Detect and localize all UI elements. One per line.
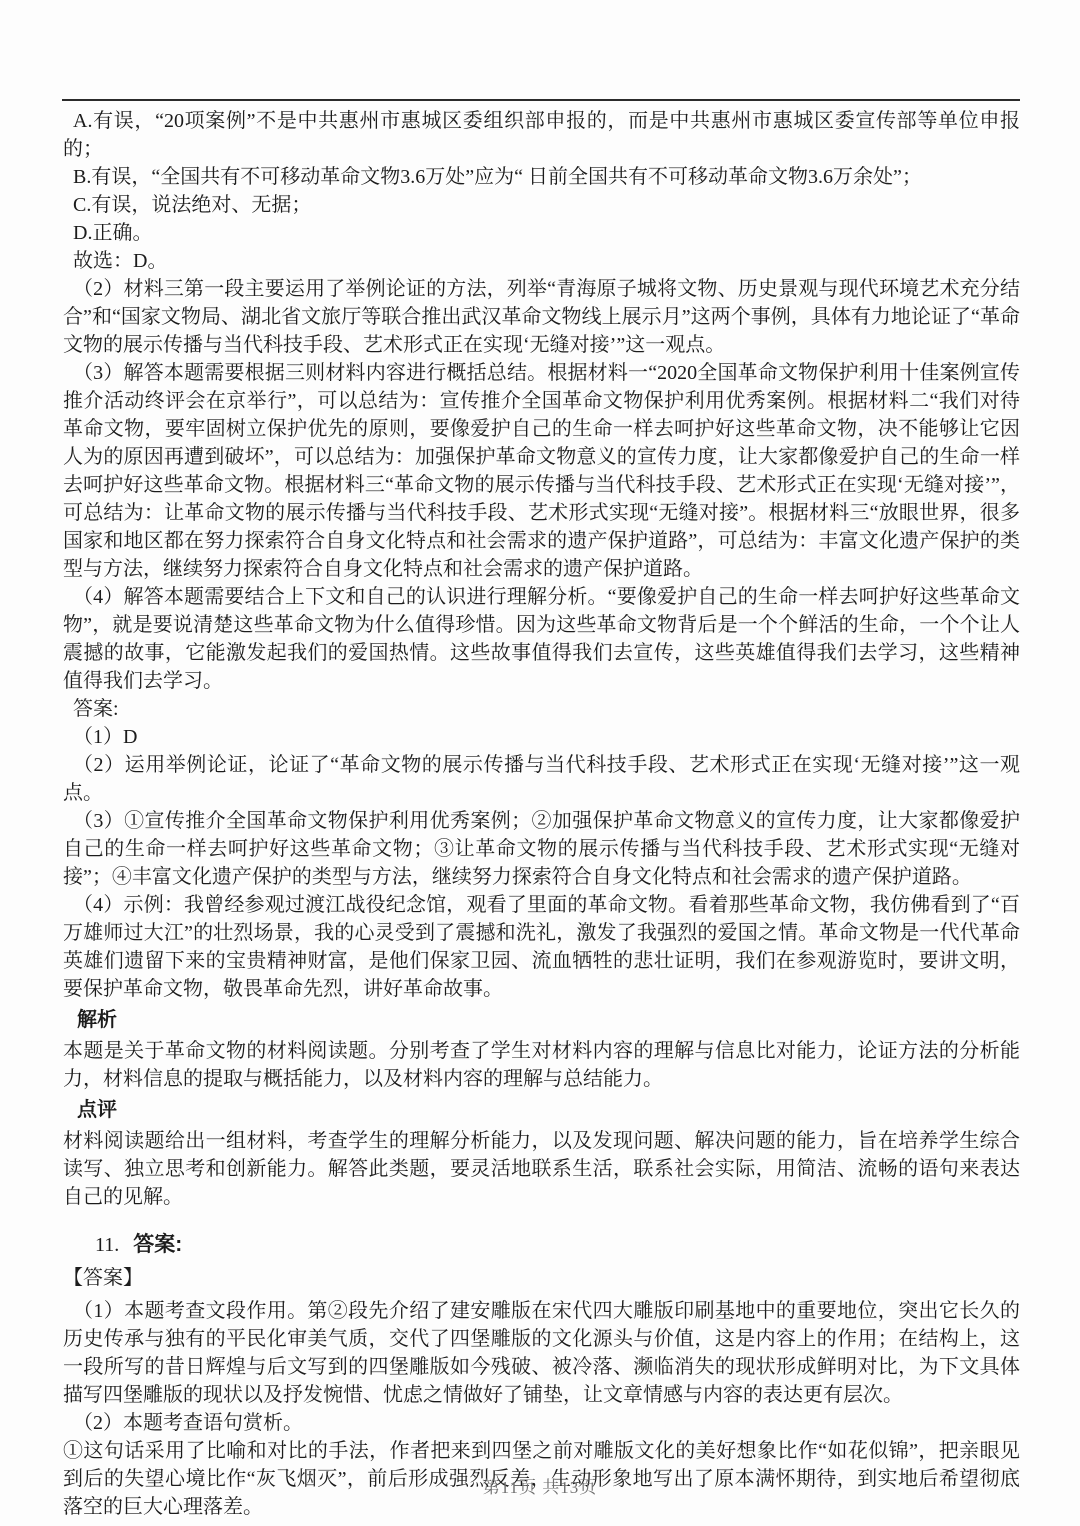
answer-item-3: （3）①宣传推介全国革命文物保护利用优秀案例；②加强保护革命文物意义的宣传力度，… [63, 807, 1020, 891]
answer-item-1: （1）D [63, 723, 1020, 751]
comment-section-heading: 点评 [63, 1095, 1020, 1125]
page-number-text: 第11页 共13页 [483, 1478, 598, 1497]
document-body: A.有误，“20项案例”不是中共惠州市惠城区委组织部申报的，而是中共惠州市惠城区… [63, 107, 1020, 1521]
page-footer: 第11页 共13页 [0, 1473, 1080, 1498]
analysis-q4-paragraph: （4）解答本题需要结合上下文和自己的认识进行理解分析。“要像爱护自己的生命一样去… [63, 583, 1020, 695]
answer-item-2: （2）运用举例论证，论证了“革命文物的展示传播与当代科技手段、艺术形式正在实现‘… [63, 751, 1020, 807]
document-page: A.有误，“20项案例”不是中共惠州市惠城区委组织部申报的，而是中共惠州市惠城区… [0, 0, 1080, 1526]
option-analysis-c: C.有误，说法绝对、无据； [63, 191, 1020, 219]
answer-item-4: （4）示例：我曾经参观过渡江战役纪念馆，观看了里面的革命文物。看着那些革命文物，… [63, 891, 1020, 1003]
question-11-label: 答案: [133, 1233, 182, 1256]
q11-answer-1: （1）本题考查文段作用。第②段先介绍了建安雕版在宋代四大雕版印刷基地中的重要地位… [63, 1297, 1020, 1409]
comment-section-text: 材料阅读题给出一组材料，考查学生的理解分析能力，以及发现问题、解决问题的能力，旨… [63, 1127, 1020, 1211]
question-11-heading: 11.答案: [63, 1229, 1020, 1261]
q11-answer-2-heading: （2）本题考查语句赏析。 [63, 1409, 1020, 1437]
analysis-section-text: 本题是关于革命文物的材料阅读题。分别考查了学生对材料内容的理解与信息比对能力，论… [63, 1037, 1020, 1093]
analysis-q2-paragraph: （2）材料三第一段主要运用了举例论证的方法，列举“青海原子城将文物、历史景观与现… [63, 275, 1020, 359]
answer-tag: 【答案】 [63, 1263, 1020, 1293]
option-analysis-b: B.有误，“全国共有不可移动革命文物3.6万处”应为“ 日前全国共有不可移动革命… [63, 163, 1020, 191]
analysis-q3-paragraph: （3）解答本题需要根据三则材料内容进行概括总结。根据材料一“2020全国革命文物… [63, 359, 1020, 583]
question-11-number: 11. [95, 1234, 119, 1256]
chosen-answer-line: 故选：D。 [63, 247, 1020, 275]
option-analysis-d: D.正确。 [63, 219, 1020, 247]
option-analysis-a: A.有误，“20项案例”不是中共惠州市惠城区委组织部申报的，而是中共惠州市惠城区… [63, 107, 1020, 163]
answers-label: 答案: [63, 695, 1020, 723]
analysis-section-heading: 解析 [63, 1005, 1020, 1035]
top-divider-line [62, 99, 1020, 101]
